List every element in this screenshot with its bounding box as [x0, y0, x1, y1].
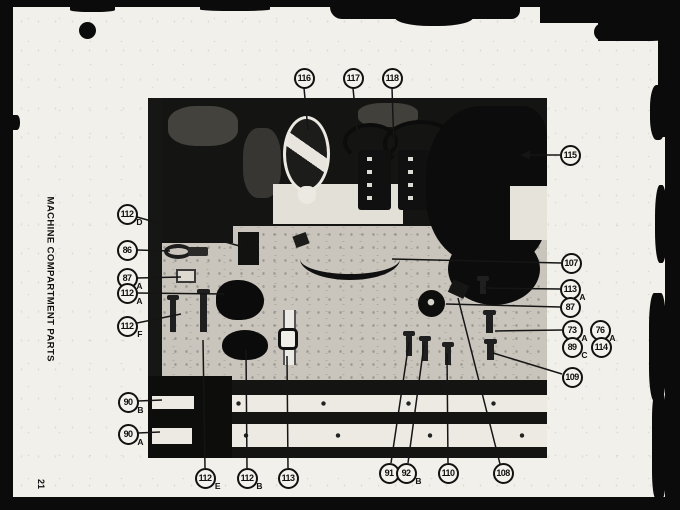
callout-115: 115 [560, 145, 581, 166]
callout-117: 117 [343, 68, 364, 89]
callout-107: 107 [561, 253, 582, 274]
callout-89C: 89C [562, 337, 583, 358]
callout-87: 87 [560, 297, 581, 318]
callout-109: 109 [562, 367, 583, 388]
callout-112F: 112F [117, 316, 138, 337]
callout-118: 118 [382, 68, 403, 89]
callout-90B: 90B [118, 392, 139, 413]
callout-108: 108 [493, 463, 514, 484]
callout-92B: 92B [396, 463, 417, 484]
callout-86: 86 [117, 240, 138, 261]
callout-layer: 116117118115107113A8773A76A89C114109112D… [0, 0, 680, 510]
callout-110: 110 [438, 463, 459, 484]
callout-113: 113 [278, 468, 299, 489]
callout-116: 116 [294, 68, 315, 89]
callout-112B: 112B [237, 468, 258, 489]
callout-112E: 112E [195, 468, 216, 489]
callout-112A: 112A [117, 283, 138, 304]
scanned-manual-page: MACHINE COMPARTMENT PARTS 21 [0, 0, 680, 510]
callout-90A: 90A [118, 424, 139, 445]
callout-114: 114 [591, 337, 612, 358]
callout-112D: 112D [117, 204, 138, 225]
